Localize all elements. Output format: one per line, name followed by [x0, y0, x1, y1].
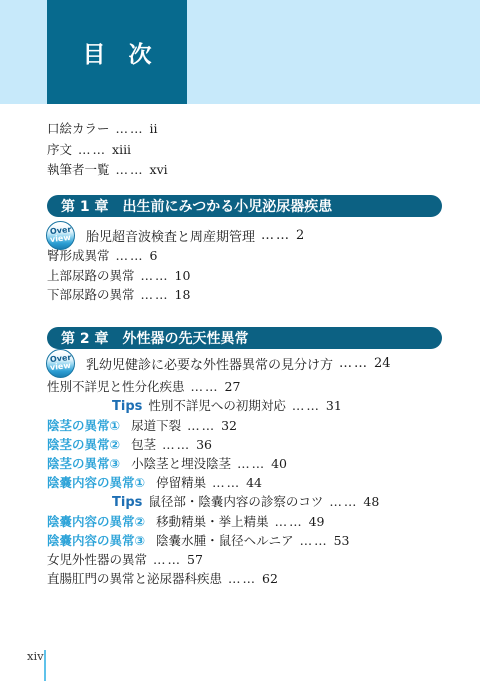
front-matter-list: 口絵カラー……ii 序文……xiii 執筆者一覧……xvi	[47, 119, 168, 181]
entry-page: ii	[150, 121, 158, 136]
dot-leader: ……	[141, 268, 170, 283]
toc-entry: 上部尿路の異常……10	[47, 266, 190, 286]
entry-page: 2	[296, 228, 304, 243]
dot-leader: ……	[329, 494, 358, 509]
entry-title: 性別不詳児への初期対応	[148, 398, 286, 413]
entry-page: 36	[196, 437, 212, 452]
entry-page: 44	[246, 475, 262, 490]
entry-page: 57	[187, 552, 203, 567]
dot-leader: ……	[141, 287, 170, 302]
entry-page: 6	[150, 248, 158, 263]
entry-page: xvi	[150, 162, 168, 177]
toc-entry: 陰茎の異常①尿道下裂……32	[47, 416, 379, 435]
dot-leader: ……	[237, 456, 266, 471]
entry-title: 直腸肛門の異常と泌尿器科疾患	[47, 571, 222, 586]
entry-category-label: 陰嚢内容の異常①	[47, 475, 145, 490]
entry-category-label: 陰茎の異常②	[47, 437, 120, 452]
dot-leader: ……	[228, 571, 257, 586]
entry-title: 乳幼児健診に必要な外性器異常の見分け方	[86, 354, 333, 373]
toc-entry: 陰茎の異常③小陰茎と埋没陰茎……40	[47, 454, 379, 473]
entry-page: 62	[262, 571, 278, 586]
toc-entry: 陰茎の異常②包茎……36	[47, 435, 379, 454]
toc-entry: 直腸肛門の異常と泌尿器科疾患……62	[47, 569, 379, 588]
dot-leader: ……	[292, 398, 321, 413]
dot-leader: ……	[116, 248, 145, 263]
entry-page: 31	[326, 398, 342, 413]
entry-page: 18	[175, 287, 191, 302]
entry-page: 27	[225, 379, 241, 394]
toc-entry: 女児外性器の異常……57	[47, 550, 379, 569]
overview-badge-text-bottom: view	[50, 234, 72, 244]
entry-title: 腎形成異常	[47, 248, 110, 263]
entry-title: 鼠径部・陰嚢内容の診察のコツ	[148, 494, 323, 509]
entry-category-label: 陰嚢内容の異常②	[47, 514, 145, 529]
toc-entry-frontmatter: 口絵カラー……ii	[47, 119, 168, 140]
dot-leader: ……	[78, 142, 107, 157]
entry-title: 停留精巣	[156, 475, 206, 490]
toc-entry: 陰嚢内容の異常①停留精巣……44	[47, 473, 379, 492]
entry-title: 移動精巣・挙上精巣	[156, 514, 269, 529]
dot-leader: ……	[153, 552, 182, 567]
dot-leader: ……	[116, 121, 145, 136]
folio-page-number: xiv	[27, 649, 44, 663]
dot-leader: ……	[261, 228, 291, 243]
entry-page: 48	[363, 494, 379, 509]
overview-badge-icon: Over view	[46, 349, 75, 378]
folio-rule	[44, 650, 46, 681]
dot-leader: ……	[191, 379, 220, 394]
toc-entry: 陰嚢内容の異常②移動精巣・挙上精巣……49	[47, 512, 379, 531]
toc-entry-frontmatter: 執筆者一覧……xvi	[47, 160, 168, 181]
entry-title: 尿道下裂	[131, 418, 181, 433]
toc-entry-frontmatter: 序文……xiii	[47, 140, 168, 161]
chapter2-overview-entry: Over view 乳幼児健診に必要な外性器異常の見分け方 …… 24	[46, 348, 391, 378]
entry-page: 40	[271, 456, 287, 471]
chapter-heading-text: 第 2 章 外性器の先天性異常	[61, 328, 249, 348]
dot-leader: ……	[187, 418, 216, 433]
dot-leader: ……	[116, 162, 145, 177]
entry-page: 10	[175, 268, 191, 283]
overview-badge-text-bottom: view	[50, 362, 72, 372]
chapter2-heading: 第 2 章 外性器の先天性異常	[47, 327, 442, 349]
entry-page: 32	[221, 418, 237, 433]
toc-entry-tips: Tips鼠径部・陰嚢内容の診察のコツ……48	[47, 492, 379, 512]
title-box: 目 次	[47, 0, 187, 104]
entry-title: 小陰茎と埋没陰茎	[131, 456, 231, 471]
chapter1-heading: 第 1 章 出生前にみつかる小児泌尿器疾患	[47, 195, 442, 217]
entry-title: 包茎	[131, 437, 156, 452]
entry-page: 24	[374, 356, 391, 371]
dot-leader: ……	[162, 437, 191, 452]
entry-title: 下部尿路の異常	[47, 287, 135, 302]
toc-entry-tips: Tips性別不詳児への初期対応……31	[47, 396, 379, 416]
entry-page: xiii	[112, 142, 131, 157]
page-title: 目 次	[83, 36, 152, 69]
entry-page: 49	[309, 514, 325, 529]
dot-leader: ……	[300, 533, 329, 548]
toc-entry: 下部尿路の異常……18	[47, 285, 190, 305]
entry-category-label: 陰茎の異常③	[47, 456, 120, 471]
entry-page: 53	[334, 533, 350, 548]
entry-title: 女児外性器の異常	[47, 552, 147, 567]
chapter-heading-text: 第 1 章 出生前にみつかる小児泌尿器疾患	[61, 196, 332, 216]
entry-category-label: 陰嚢内容の異常③	[47, 533, 145, 548]
entry-title: 序文	[47, 142, 72, 157]
entry-title: 胎児超音波検査と周産期管理	[86, 226, 255, 245]
dot-leader: ……	[275, 514, 304, 529]
entry-title: 上部尿路の異常	[47, 268, 135, 283]
toc-page: 目 次 口絵カラー……ii 序文……xiii 執筆者一覧……xvi 第 1 章 …	[0, 0, 480, 681]
entry-category-label: 陰茎の異常①	[47, 418, 120, 433]
toc-entry: 陰嚢内容の異常③陰嚢水腫・鼠径ヘルニア……53	[47, 531, 379, 550]
chapter2-entries: 性別不詳児と性分化疾患……27 Tips性別不詳児への初期対応……31 陰茎の異…	[47, 377, 379, 588]
tips-label: Tips	[112, 399, 142, 414]
entry-title: 口絵カラー	[47, 121, 110, 136]
dot-leader: ……	[212, 475, 241, 490]
tips-label: Tips	[112, 495, 142, 510]
entry-title: 執筆者一覧	[47, 162, 110, 177]
chapter1-entries: 腎形成異常……6 上部尿路の異常……10 下部尿路の異常……18	[47, 246, 190, 305]
entry-title: 性別不詳児と性分化疾患	[47, 379, 185, 394]
toc-entry: 腎形成異常……6	[47, 246, 190, 266]
entry-title: 陰嚢水腫・鼠径ヘルニア	[156, 533, 294, 548]
toc-entry: 性別不詳児と性分化疾患……27	[47, 377, 379, 396]
dot-leader: ……	[339, 356, 369, 371]
